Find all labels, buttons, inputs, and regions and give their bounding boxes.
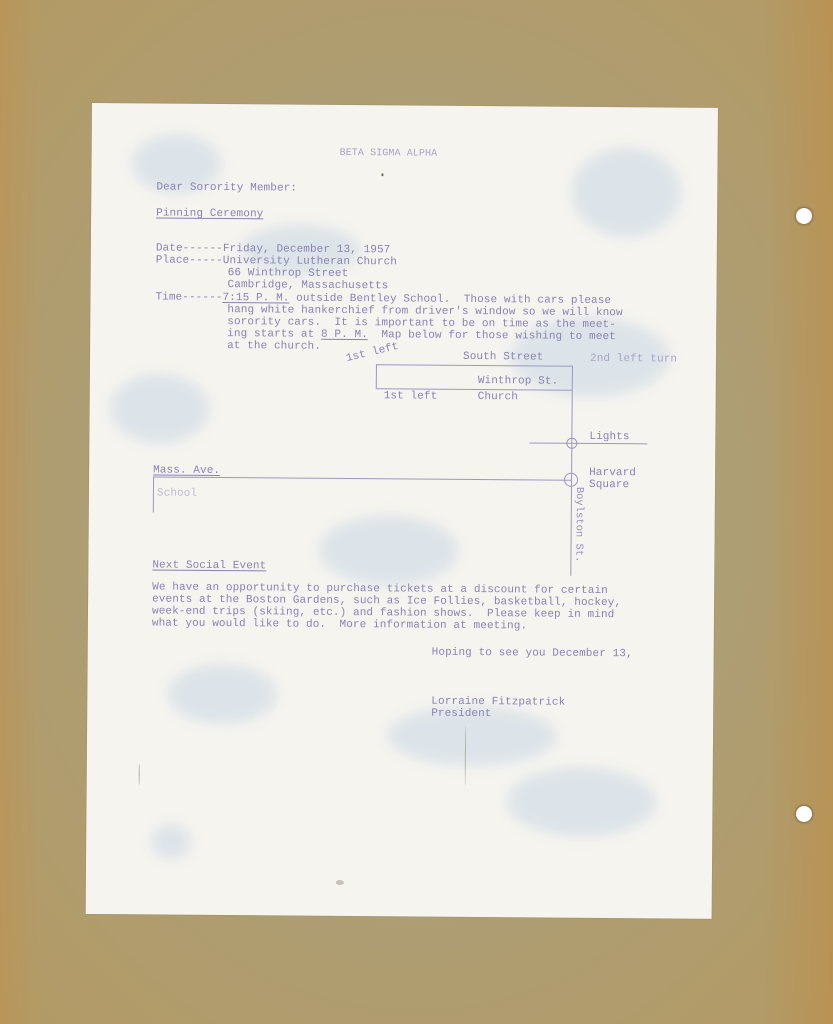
harvard-square-marker xyxy=(564,473,578,487)
social-line-4: what you would like to do. More informat… xyxy=(152,617,527,632)
stain xyxy=(151,823,191,859)
map-label-boylston-st: Boylston St. xyxy=(572,487,585,563)
map-label-harvard: Harvard xyxy=(589,467,636,480)
lights-marker xyxy=(566,438,577,449)
map-label-school: School xyxy=(157,488,197,501)
section-title-social: Next Social Event xyxy=(152,559,266,572)
map-label-second-left-turn: 2nd left turn xyxy=(590,353,677,366)
school-street-line xyxy=(153,476,154,512)
map-label-south-street: South Street xyxy=(463,351,544,364)
title-word: Social xyxy=(186,560,226,572)
binder-hole-bottom xyxy=(796,806,812,822)
map-label-mass-ave: Mass. Ave. xyxy=(153,464,220,477)
stain xyxy=(109,373,210,444)
stain xyxy=(506,766,657,837)
time-label: Time------ xyxy=(155,292,222,305)
south-street-line xyxy=(376,364,573,367)
scrapbook-board-edge-right xyxy=(763,0,833,1024)
map-label-church: Church xyxy=(478,391,518,404)
directions-map: 1st left South Street 2nd left turn Wint… xyxy=(92,103,718,108)
stain xyxy=(318,515,459,586)
lights-cross-street-line xyxy=(529,442,647,444)
binder-hole-top xyxy=(796,208,812,224)
section-title-pinning: Pinning Ceremony xyxy=(156,208,263,221)
time-text: ing starts at xyxy=(227,328,321,341)
map-label-first-left-bottom: 1st left xyxy=(384,390,438,403)
closing-line: Hoping to see you December 13, xyxy=(432,647,633,661)
title-word: Event xyxy=(233,560,267,572)
place-label: Place----- xyxy=(156,255,223,268)
stain xyxy=(571,147,682,238)
letter-heading: BETA SIGMA ALPHA xyxy=(340,148,438,161)
time-line-5: at the church. xyxy=(227,340,321,353)
title-word: Next xyxy=(152,559,179,571)
date-label: Date------ xyxy=(156,243,223,256)
salutation: Dear Sorority Member: xyxy=(156,182,297,196)
map-label-square: Square xyxy=(589,479,629,492)
place-line-3: Cambridge, Massachusetts xyxy=(228,279,389,293)
map-label-first-left-top: 1st left xyxy=(345,341,400,366)
time-text: Map below for those wishing to meet xyxy=(368,329,616,343)
title-word: Ceremony xyxy=(210,208,264,220)
map-label-winthrop-st: Winthrop St. xyxy=(478,375,559,388)
map-label-lights: Lights xyxy=(589,431,629,444)
mass-ave-line xyxy=(153,476,571,480)
scrapbook-board-edge-left xyxy=(0,0,40,1024)
dust-mark xyxy=(139,763,140,785)
title-word: Pinning xyxy=(156,208,203,220)
meeting-time: 8 P. M. xyxy=(321,329,368,341)
signature-title: President xyxy=(431,708,491,721)
typed-letter-page: BETA SIGMA ALPHA Dear Sorority Member: P… xyxy=(86,103,718,919)
dust-mark xyxy=(381,173,383,176)
first-left-street-line xyxy=(376,364,377,388)
dust-mark xyxy=(336,880,344,885)
stain xyxy=(167,664,277,725)
time-value: 7:15 P. M. xyxy=(222,292,289,305)
